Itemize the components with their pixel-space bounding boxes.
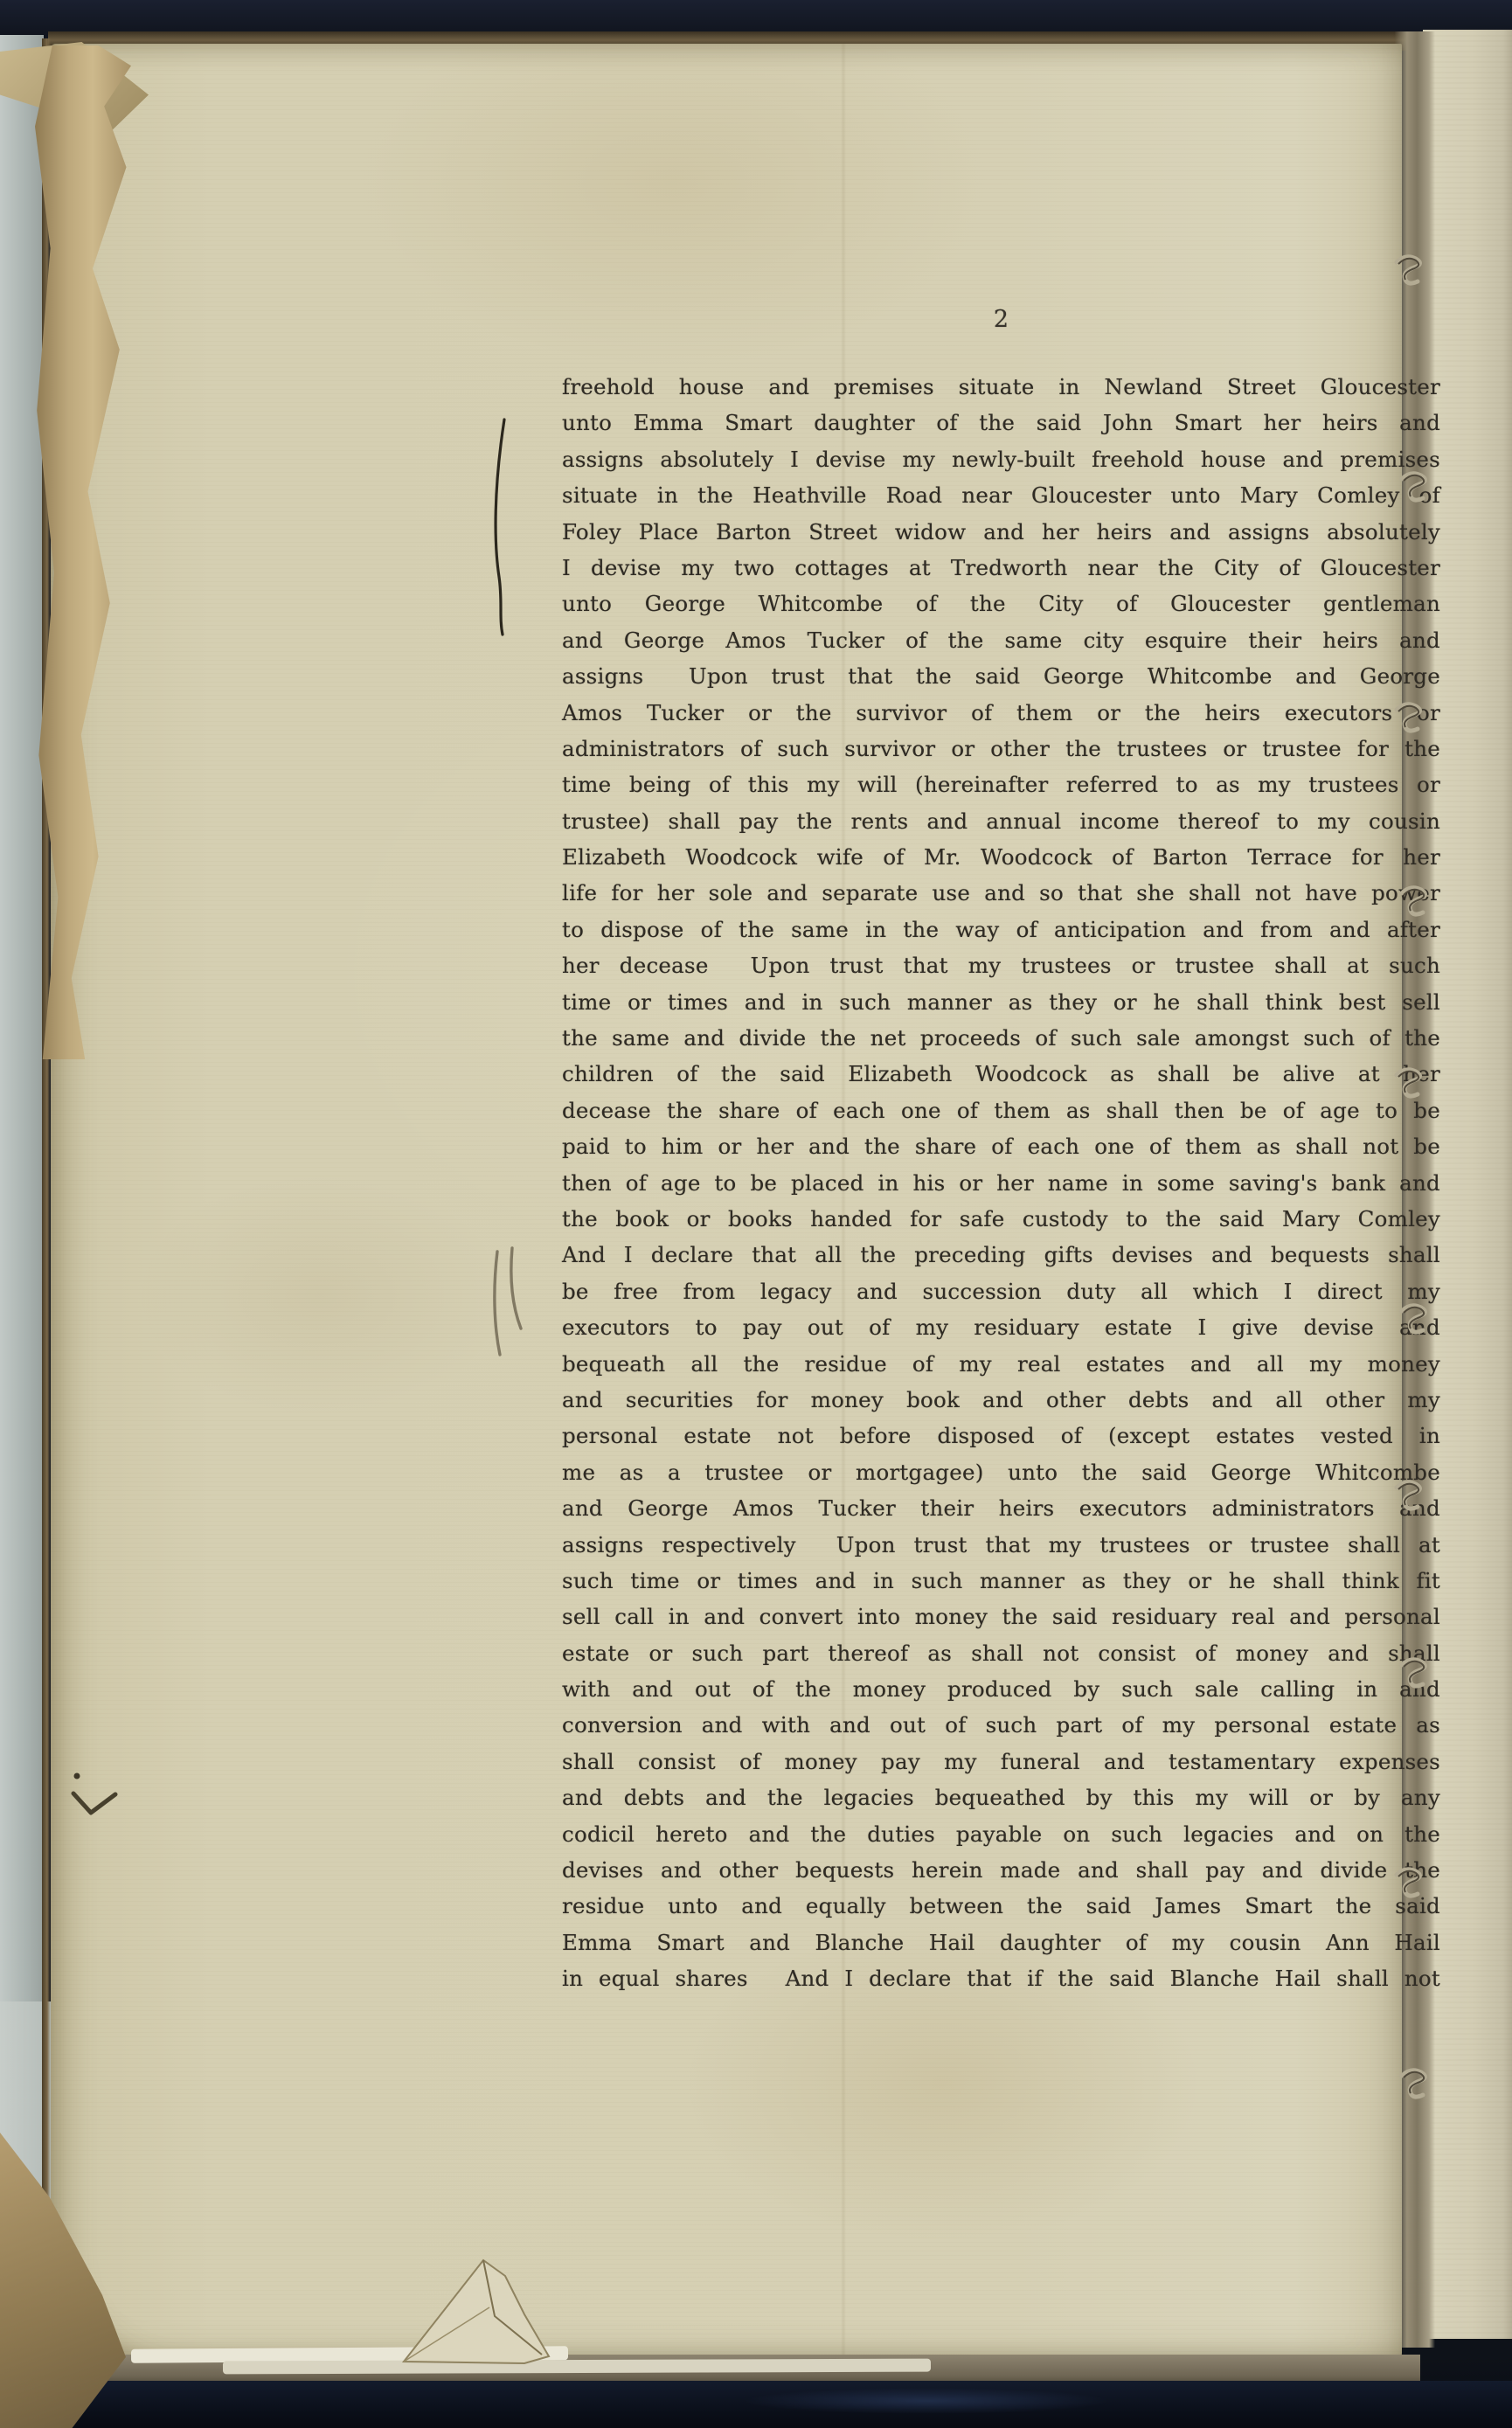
text-line: be free from legacy and succession duty … — [562, 1273, 1440, 1309]
text-line: unto Emma Smart daughter of the said Joh… — [562, 405, 1440, 441]
text-line: bequeath all the residue of my real esta… — [562, 1346, 1440, 1382]
text-line: executors to pay out of my residuary est… — [562, 1309, 1440, 1345]
text-line: codicil hereto and the duties payable on… — [562, 1816, 1440, 1852]
text-line: and George Amos Tucker of the same city … — [562, 622, 1440, 658]
text-line: assigns absolutely I devise my newly-bui… — [562, 441, 1440, 477]
text-line: situate in the Heathville Road near Glou… — [562, 477, 1440, 513]
text-line: and George Amos Tucker their heirs execu… — [562, 1490, 1440, 1526]
text-line: and debts and the legacies bequeathed by… — [562, 1779, 1440, 1815]
text-line: paid to him or her and the share of each… — [562, 1128, 1440, 1164]
text-line: Amos Tucker or the survivor of them or t… — [562, 695, 1440, 731]
text-line: life for her sole and separate use and s… — [562, 875, 1440, 911]
text-line: assigns Upon trust that the said George … — [562, 658, 1440, 694]
text-line: her decease Upon trust that my trustees … — [562, 947, 1440, 983]
text-line: in equal shares And I declare that if th… — [562, 1960, 1440, 1996]
will-text-block: freehold house and premises situate in N… — [562, 369, 1440, 1997]
text-line: and securities for money book and other … — [562, 1382, 1440, 1418]
text-line: estate or such part thereof as shall not… — [562, 1635, 1440, 1671]
text-line: time or times and in such manner as they… — [562, 984, 1440, 1020]
text-line: administrators of such survivor or other… — [562, 731, 1440, 767]
text-line: unto George Whitcombe of the City of Glo… — [562, 586, 1440, 621]
text-line: trustee) shall pay the rents and annual … — [562, 803, 1440, 839]
text-line: assigns respectively Upon trust that my … — [562, 1527, 1440, 1563]
will-document-page: 2 freehold house and premises situate in… — [51, 44, 1402, 2362]
text-line: sell call in and convert into money the … — [562, 1599, 1440, 1634]
text-line: I devise my two cottages at Tredworth ne… — [562, 550, 1440, 586]
text-line: residue unto and equally between the sai… — [562, 1888, 1440, 1924]
text-line: freehold house and premises situate in N… — [562, 369, 1440, 405]
text-line: time being of this my will (hereinafter … — [562, 767, 1440, 802]
text-line: with and out of the money produced by su… — [562, 1671, 1440, 1707]
book-cover-bottom-edge — [0, 2381, 1512, 2428]
text-line: such time or times and in such manner as… — [562, 1563, 1440, 1599]
text-line: And I declare that all the preceding gif… — [562, 1237, 1440, 1273]
text-line: Foley Place Barton Street widow and her … — [562, 514, 1440, 550]
text-line: Elizabeth Woodcock wife of Mr. Woodcock … — [562, 839, 1440, 875]
text-line: personal estate not before disposed of (… — [562, 1418, 1440, 1453]
text-line: me as a trustee or mortgagee) unto the s… — [562, 1454, 1440, 1490]
cloth-sheen — [743, 2388, 1110, 2414]
text-line: children of the said Elizabeth Woodcock … — [562, 1056, 1440, 1092]
text-line: shall consist of money pay my funeral an… — [562, 1744, 1440, 1779]
text-line: the same and divide the net proceeds of … — [562, 1020, 1440, 1056]
text-line: then of age to be placed in his or her n… — [562, 1165, 1440, 1201]
text-line: decease the share of each one of them as… — [562, 1093, 1440, 1128]
text-line: conversion and with and out of such part… — [562, 1707, 1440, 1743]
text-line: devises and other bequests herein made a… — [562, 1852, 1440, 1888]
book-page-photo: 2 freehold house and premises situate in… — [0, 0, 1512, 2428]
text-line: the book or books handed for safe custod… — [562, 1201, 1440, 1237]
text-line: Emma Smart and Blanche Hail daughter of … — [562, 1925, 1440, 1960]
text-line: to dispose of the same in the way of ant… — [562, 912, 1440, 947]
page-number: 2 — [562, 306, 1440, 333]
